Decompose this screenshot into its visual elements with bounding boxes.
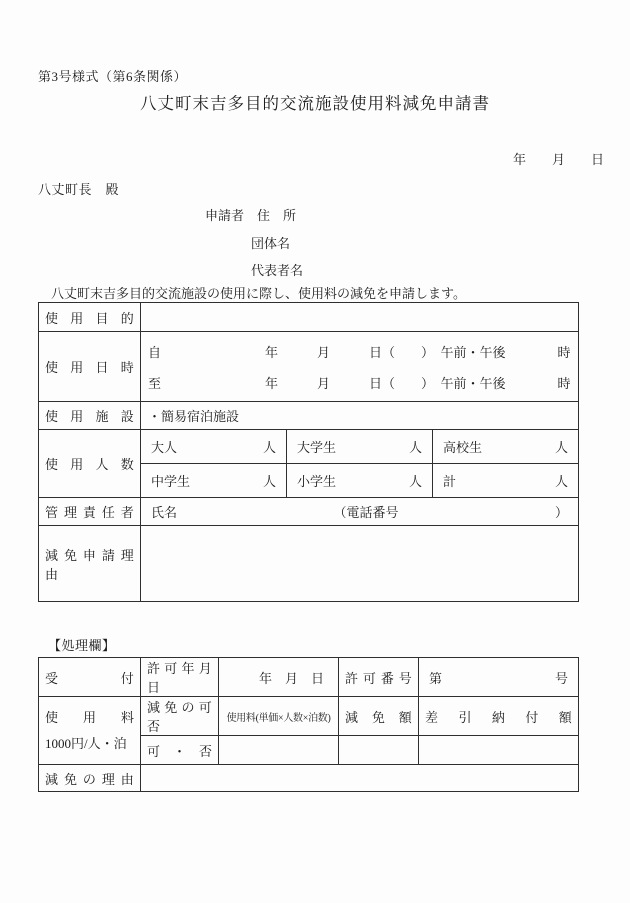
waiver-amount-input-cell (339, 736, 419, 765)
form-title: 八丈町末吉多目的交流施設使用料減免申請書 (0, 90, 630, 114)
purpose-label: 使 用 目 的 (39, 303, 141, 332)
waiver-choice-cell: 可 ・ 否 (141, 736, 219, 765)
fee-label: 使 用 料 (45, 705, 134, 731)
people-label: 使 用 人 数 (39, 430, 141, 498)
people-university-unit: 人 (409, 437, 422, 456)
waiver-decision-label: 減 免 の 可 否 (141, 697, 219, 736)
permit-number-suffix: 号 (555, 668, 568, 687)
purpose-input-cell (141, 303, 579, 332)
people-total-label: 計 (443, 471, 456, 490)
processing-table: 受 付 許 可 年 月 日 年 月 日 許 可 番 号 第 号 使 用 料 10… (38, 657, 579, 792)
applicant-representative-label: 代表者名 (251, 260, 303, 279)
people-cell-adult: 大人 人 (141, 430, 287, 464)
people-total-unit: 人 (555, 471, 568, 490)
facility-label: 使 用 施 設 (39, 402, 141, 430)
people-cell-elementary: 小学生 人 (287, 464, 433, 498)
reception-label: 受 付 (39, 658, 141, 697)
fee-label-cell: 使 用 料 1000円/人・泊 (39, 697, 141, 765)
processing-section-label: 【処理欄】 (48, 635, 116, 654)
form-number: 第3号様式（第6条関係） (38, 66, 187, 85)
applicant-address-label: 申請者 住 所 (205, 205, 296, 224)
net-payment-input-cell (419, 736, 579, 765)
people-cell-highschool: 高校生 人 (433, 430, 579, 464)
waiver-reason-input-cell (141, 526, 579, 602)
applicant-organization-label: 団体名 (251, 233, 290, 252)
manager-name-label: 氏名 (151, 502, 177, 521)
people-elementary-label: 小学生 (297, 471, 336, 490)
manager-phone-label: （電話番号 (333, 502, 398, 521)
waiver-reason-label: 減 免 申 請 理 由 (39, 526, 141, 602)
people-highschool-unit: 人 (555, 437, 568, 456)
permit-date-label: 許 可 年 月 日 (141, 658, 219, 697)
datetime-to-line: 至 年 月 日（ ） 午前・午後 時 (141, 368, 578, 399)
processing-reason-label: 減 免 の 理 由 (39, 765, 141, 792)
fee-amount-input-cell (219, 736, 339, 765)
people-cell-university: 大学生 人 (287, 430, 433, 464)
people-juniorhigh-unit: 人 (263, 471, 276, 490)
fee-formula-label: 使用料(単価×人数×泊数) (219, 697, 339, 736)
manager-label: 管 理 責 任 者 (39, 498, 141, 526)
people-elementary-unit: 人 (409, 471, 422, 490)
manager-phone-close: ） (555, 502, 568, 521)
people-cell-total: 計 人 (433, 464, 579, 498)
fee-rate: 1000円/人・泊 (45, 731, 134, 757)
permit-number-label: 許 可 番 号 (339, 658, 419, 697)
manager-input-cell: 氏名 （電話番号 ） (141, 498, 579, 526)
datetime-from-line: 自 年 月 日（ ） 午前・午後 時 (141, 337, 578, 368)
datetime-label: 使 用 日 時 (39, 332, 141, 402)
people-cell-juniorhigh: 中学生 人 (141, 464, 287, 498)
people-adult-label: 大人 (151, 437, 177, 456)
application-table: 使 用 目 的 使 用 日 時 自 年 月 日（ ） 午前・午後 時 至 年 月… (38, 302, 579, 602)
people-highschool-label: 高校生 (443, 437, 482, 456)
people-juniorhigh-label: 中学生 (151, 471, 190, 490)
processing-reason-input-cell (141, 765, 579, 792)
permit-number-value-cell: 第 号 (419, 658, 579, 697)
application-form-page: 第3号様式（第6条関係） 八丈町末吉多目的交流施設使用料減免申請書 年 月 日 … (0, 0, 630, 903)
permit-number-prefix: 第 (429, 668, 442, 687)
permit-date-value-cell: 年 月 日 (219, 658, 339, 697)
facility-value-cell: ・簡易宿泊施設 (141, 402, 579, 430)
people-university-label: 大学生 (297, 437, 336, 456)
net-payment-label: 差 引 納 付 額 (419, 697, 579, 736)
people-adult-unit: 人 (263, 437, 276, 456)
datetime-input-cell: 自 年 月 日（ ） 午前・午後 時 至 年 月 日（ ） 午前・午後 時 (141, 332, 579, 402)
waiver-amount-label: 減 免 額 (339, 697, 419, 736)
addressee: 八丈町長 殿 (38, 179, 119, 198)
declaration-text: 八丈町末吉多目的交流施設の使用に際し、使用料の減免を申請します。 (51, 283, 466, 302)
date-line: 年 月 日 (513, 149, 604, 168)
